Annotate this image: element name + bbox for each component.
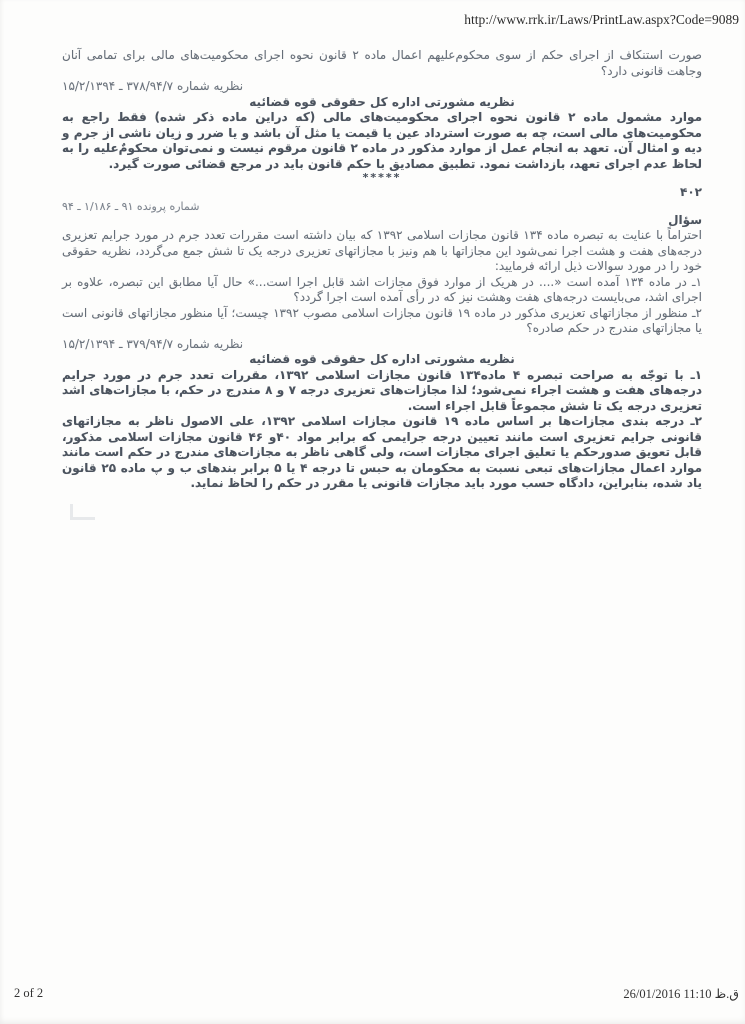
- print-url-header: http://www.rrk.ir/Laws/PrintLaw.aspx?Cod…: [464, 12, 739, 28]
- answer-paragraph-1: ۱ـ با توجّه به صراحت تبصره ۴ ماده۱۳۴ قان…: [62, 368, 702, 415]
- footer-timestamp: 26/01/2016 11:10 ق.ظ: [623, 986, 739, 1002]
- answer-paragraph-2: ۲ـ درجه بندی مجازات‌ها بر اساس ماده ۱۹ ق…: [62, 414, 702, 492]
- opinion-heading-2: نظریه مشورتی اداره کل حقوقی قوه قضائیه: [62, 352, 702, 368]
- item-number: ۴۰۲: [62, 184, 702, 200]
- question-heading: سؤال: [62, 213, 702, 228]
- footer-page-indicator: 2 of 2: [14, 986, 43, 1001]
- asterisk-separator: *****: [62, 172, 702, 184]
- opinion-number-2: نظریه شماره ۳۷۹/۹۴/۷ ـ ۱۵/۲/۱۳۹۴: [62, 337, 702, 353]
- document-body: صورت استنکاف از اجرای حکم از سوی محکوم‌ع…: [62, 48, 702, 492]
- scan-fold-artifact: [70, 504, 95, 520]
- opinion-number-1: نظریه شماره ۳۷۸/۹۴/۷ ـ ۱۵/۲/۱۳۹۴: [62, 79, 702, 95]
- case-number: شماره پرونده ۹۱ ـ ۱/۱۸۶ ـ ۹۴: [62, 200, 702, 213]
- scanned-document-page: http://www.rrk.ir/Laws/PrintLaw.aspx?Cod…: [0, 0, 745, 1024]
- question-item-2: ۲ـ منظور از مجازاتهای تعزیری مذکور در ما…: [62, 306, 702, 337]
- question-intro: احتراماً با عنایت به تبصره ماده ۱۳۴ قانو…: [62, 228, 702, 275]
- opinion-heading-1: نظریه مشورتی اداره کل حقوقی قوه قضائیه: [62, 95, 702, 111]
- question-item-1: ۱ـ در ماده ۱۳۴ آمده است «.... در هریک از…: [62, 275, 702, 306]
- opinion-body-1: موارد مشمول ماده ۲ قانون نحوه اجرای محکو…: [62, 110, 702, 172]
- intro-paragraph: صورت استنکاف از اجرای حکم از سوی محکوم‌ع…: [62, 48, 702, 79]
